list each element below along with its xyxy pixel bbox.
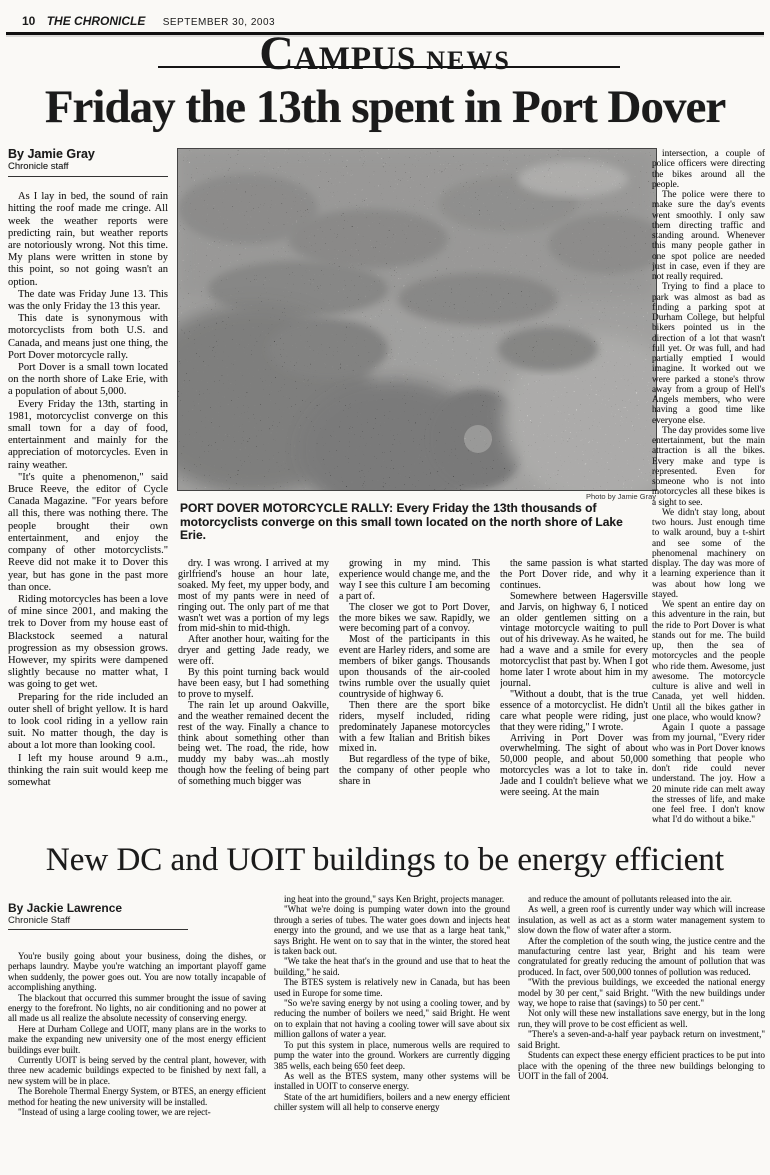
paragraph: Port Dover is a small town located on th… <box>8 362 168 399</box>
article1-column-1-text: As I lay in bed, the sound of rain hitti… <box>8 191 168 789</box>
paragraph: Arriving in Port Dover was overwhelming.… <box>500 734 648 799</box>
photo-credit: Photo by Jamie Gray <box>456 492 656 501</box>
photo-caption-lead: PORT DOVER MOTORCYCLE RALLY: <box>180 501 393 515</box>
paragraph: Then there are the sport bike riders, my… <box>339 701 490 756</box>
paragraph: and reduce the amount of pollutants rele… <box>518 894 765 904</box>
paragraph: As I lay in bed, the sound of rain hitti… <box>8 191 168 289</box>
article2-byline-role: Chronicle Staff <box>8 915 188 930</box>
paragraph: But regardless of the type of bike, the … <box>339 755 490 788</box>
paragraph: ing heat into the ground," says Ken Brig… <box>274 894 510 904</box>
paragraph: We didn't stay long, about two hours. Ju… <box>652 508 765 600</box>
paragraph: After the completion of the south wing, … <box>518 936 765 978</box>
section-title-rest: AMPUS <box>294 41 416 77</box>
paragraph: The rain let up around Oakville, and the… <box>178 701 329 788</box>
paragraph: The date was Friday June 13. This was th… <box>8 289 168 313</box>
paragraph: Not only will these new installations sa… <box>518 1008 765 1029</box>
paragraph: The blackout that occurred this summer b… <box>8 993 266 1024</box>
article1-byline-role: Chronicle staff <box>8 161 168 177</box>
article2-headline: New DC and UOIT buildings to be energy e… <box>5 842 765 879</box>
article2-byline-author: By Jackie Lawrence <box>8 901 188 915</box>
article1-byline-author: By Jamie Gray <box>8 147 168 161</box>
paragraph: The day provides some live entertainment… <box>652 426 765 508</box>
paragraph: The Borehole Thermal Energy System, or B… <box>8 1086 266 1107</box>
article1-column-3: growing in my mind. This experience woul… <box>339 559 490 833</box>
paragraph: You're busily going about your business,… <box>8 951 266 993</box>
paragraph: The police were there to make sure the d… <box>652 190 765 282</box>
paragraph: Students can expect these energy efficie… <box>518 1050 765 1081</box>
article2-column-3: and reduce the amount of pollutants rele… <box>518 894 765 1174</box>
paragraph: I left my house around 9 a.m., thinking … <box>8 753 168 790</box>
paragraph: "What we're doing is pumping water down … <box>274 904 510 956</box>
paragraph: Somewhere between Hagersville and Jarvis… <box>500 592 648 690</box>
article1-byline: By Jamie Gray Chronicle staff <box>8 147 168 177</box>
motorcycle-rally-photo <box>178 149 656 490</box>
article1-column-4: the same passion is what started the Por… <box>500 559 648 833</box>
paragraph: To put this system in place, numerous we… <box>274 1040 510 1071</box>
photo-caption: PORT DOVER MOTORCYCLE RALLY: Every Frida… <box>180 502 632 543</box>
paragraph: dry. I was wrong. I arrived at my girlfr… <box>178 559 329 635</box>
paragraph: After another hour, waiting for the drye… <box>178 635 329 668</box>
paper-name: THE CHRONICLE <box>47 14 146 28</box>
article2-byline: By Jackie Lawrence Chronicle Staff <box>8 901 188 930</box>
paragraph: Most of the participants in this event a… <box>339 635 490 700</box>
article2-column-1: You're busily going about your business,… <box>8 951 266 1173</box>
paragraph: "We take the heat that's in the ground a… <box>274 956 510 977</box>
photo-art <box>178 149 656 490</box>
paragraph: As well, a green roof is currently under… <box>518 904 765 935</box>
paragraph: Preparing for the ride included an outer… <box>8 692 168 753</box>
section-rule <box>158 66 620 68</box>
masthead: 10 THE CHRONICLE SEPTEMBER 30, 2003 <box>22 14 275 28</box>
paragraph: "Instead of using a large cooling tower,… <box>8 1107 266 1117</box>
paragraph: Riding motorcycles has been a love of mi… <box>8 594 168 692</box>
paragraph: growing in my mind. This experience woul… <box>339 559 490 603</box>
paragraph: Currently UOIT is being served by the ce… <box>8 1055 266 1086</box>
paragraph: The BTES system is relatively new in Can… <box>274 977 510 998</box>
article1-headline: Friday the 13th spent in Port Dover <box>0 80 770 134</box>
page-number: 10 <box>22 14 35 28</box>
paragraph: "With the previous buildings, we exceede… <box>518 977 765 1008</box>
paragraph: "Without a doubt, that is the true essen… <box>500 690 648 734</box>
paragraph: the same passion is what started the Por… <box>500 559 648 592</box>
paragraph: By this point turning back would have be… <box>178 668 329 701</box>
paragraph: Again I quote a passage from my journal,… <box>652 723 765 826</box>
paragraph: As well as the BTES system, many other s… <box>274 1071 510 1092</box>
paragraph: This date is synonymous with motorcyclis… <box>8 313 168 362</box>
paragraph: State of the art humidifiers, boilers an… <box>274 1092 510 1113</box>
newspaper-page: 10 THE CHRONICLE SEPTEMBER 30, 2003 CAMP… <box>0 0 770 1175</box>
section-title-initial: C <box>259 27 294 80</box>
paragraph: intersection, a couple of police officer… <box>652 149 765 190</box>
article1-column-1: By Jamie Gray Chronicle staff As I lay i… <box>8 147 168 833</box>
section-banner: CAMPUSNEWS <box>0 34 770 78</box>
article1-column-2: dry. I was wrong. I arrived at my girlfr… <box>178 559 329 833</box>
paragraph: Every Friday the 13th, starting in 1981,… <box>8 399 168 472</box>
paragraph: Trying to find a place to park was almos… <box>652 282 765 426</box>
article1-column-5: intersection, a couple of police officer… <box>652 149 765 837</box>
paragraph: "There's a seven-and-a-half year payback… <box>518 1029 765 1050</box>
paragraph: "So we're saving energy by not using a c… <box>274 998 510 1040</box>
paragraph: We spent an entire day on this adventure… <box>652 600 765 723</box>
paragraph: Here at Durham College and UOIT, many pl… <box>8 1024 266 1055</box>
section-title-second: NEWS <box>426 46 511 75</box>
paragraph: "It's quite a phenomenon," said Bruce Re… <box>8 472 168 594</box>
paragraph: The closer we got to Port Dover, the mor… <box>339 603 490 636</box>
article2-column-2: ing heat into the ground," says Ken Brig… <box>274 894 510 1174</box>
